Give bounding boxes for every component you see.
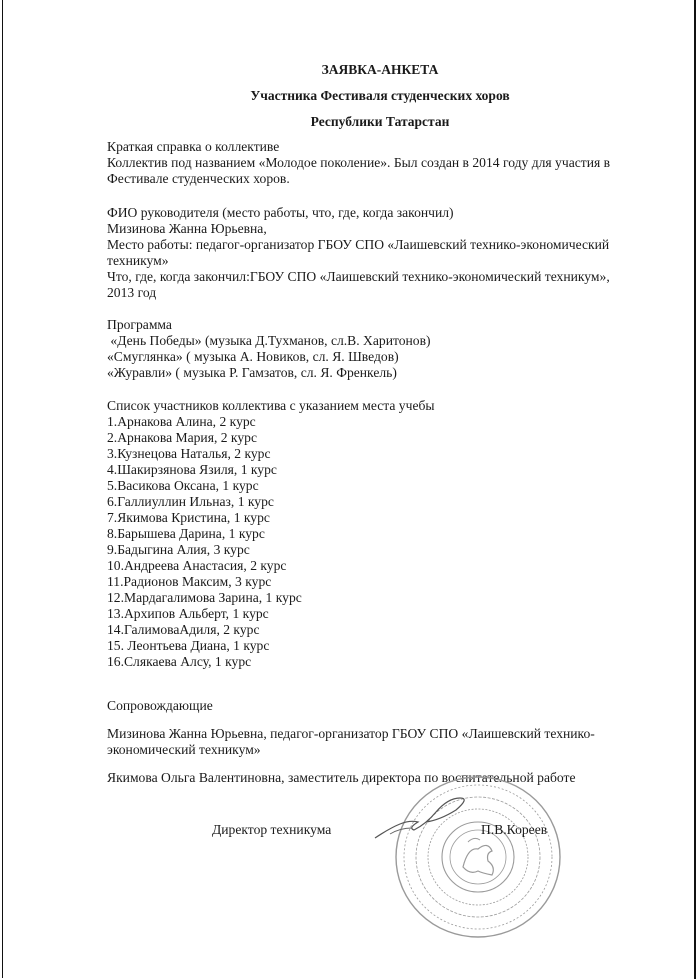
members-heading: Список участников коллектива с указанием… (107, 398, 667, 414)
summary-line: Фестивале студенческих хоров. (107, 171, 667, 187)
leader-heading: ФИО руководителя (место работы, что, где… (107, 205, 667, 221)
member-item: 14.ГалимоваАдиля, 2 курс (107, 622, 667, 638)
leader-line: 2013 год (107, 285, 667, 301)
scan-border-left (2, 0, 3, 978)
document-subtitle-festival: Участника Фестиваля студенческих хоров (0, 88, 697, 104)
member-item: 12.Мардагалимова Зарина, 1 курс (107, 590, 667, 606)
member-item: 3.Кузнецова Наталья, 2 курс (107, 446, 667, 462)
escort-line: Мизинова Жанна Юрьевна, педагог-организа… (107, 726, 667, 742)
document-subtitle-republic: Республики Татарстан (0, 114, 697, 130)
director-signature-icon (370, 790, 510, 850)
summary-line: Коллектив под названием «Молодое поколен… (107, 155, 667, 171)
escorts-heading: Сопровождающие (107, 698, 667, 714)
director-title: Директор техникума (212, 822, 331, 838)
leader-line: Мизинова Жанна Юрьевна, (107, 221, 667, 237)
member-item: 6.Галлиуллин Ильназ, 1 курс (107, 494, 667, 510)
member-item: 16.Слякаева Алсу, 1 курс (107, 654, 667, 670)
leader-line: Место работы: педагог-организатор ГБОУ С… (107, 237, 667, 253)
program-section: Программа «День Победы» (музыка Д.Тухман… (107, 317, 667, 381)
collective-summary-section: Краткая справка о коллективе Коллектив п… (107, 139, 667, 187)
member-item: 1.Арнакова Алина, 2 курс (107, 414, 667, 430)
director-name: П.В.Кореев (481, 822, 547, 838)
leader-line: техникум» (107, 253, 667, 269)
program-item: «Журавли» ( музыка Р. Гамзатов, сл. Я. Ф… (107, 365, 667, 381)
document-title: ЗАЯВКА-АНКЕТА (0, 62, 697, 78)
member-item: 11.Радионов Максим, 3 курс (107, 574, 667, 590)
member-item: 15. Леонтьева Диана, 1 курс (107, 638, 667, 654)
members-section: Список участников коллектива с указанием… (107, 398, 667, 670)
member-item: 7.Якимова Кристина, 1 курс (107, 510, 667, 526)
member-item: 8.Барышева Дарина, 1 курс (107, 526, 667, 542)
member-item: 5.Васикова Оксана, 1 курс (107, 478, 667, 494)
leader-section: ФИО руководителя (место работы, что, где… (107, 205, 667, 301)
summary-heading: Краткая справка о коллективе (107, 139, 667, 155)
escort-line: экономический техникум» (107, 742, 667, 758)
program-item: «День Победы» (музыка Д.Тухманов, сл.В. … (107, 333, 667, 349)
program-heading: Программа (107, 317, 667, 333)
escort-1: Мизинова Жанна Юрьевна, педагог-организа… (107, 726, 667, 758)
member-item: 4.Шакирзянова Язиля, 1 курс (107, 462, 667, 478)
member-item: 13.Архипов Альберт, 1 курс (107, 606, 667, 622)
leader-line: Что, где, когда закончил:ГБОУ СПО «Лаише… (107, 269, 667, 285)
scan-border-right (694, 0, 696, 979)
member-item: 10.Андреева Анастасия, 2 курс (107, 558, 667, 574)
program-item: «Смуглянка» ( музыка А. Новиков, сл. Я. … (107, 349, 667, 365)
member-item: 9.Бадыгина Алия, 3 курс (107, 542, 667, 558)
member-item: 2.Арнакова Мария, 2 курс (107, 430, 667, 446)
